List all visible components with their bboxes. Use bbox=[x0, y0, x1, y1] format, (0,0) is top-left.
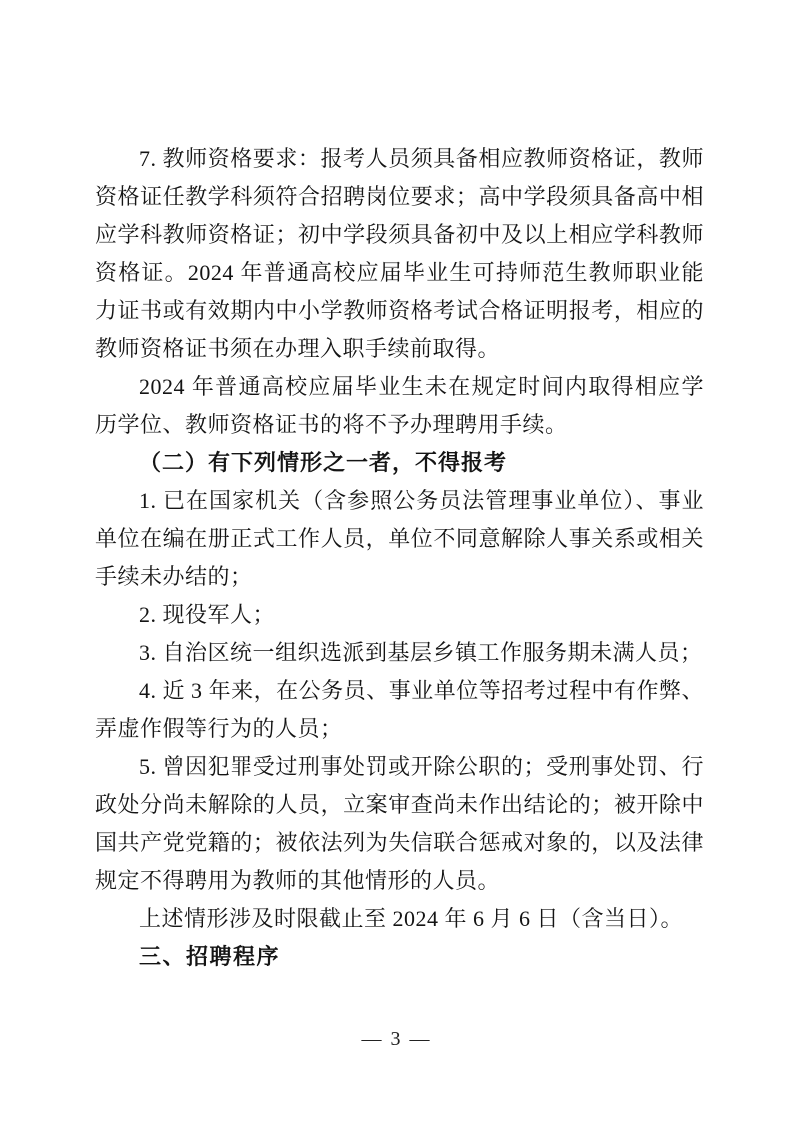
heading-section-3-recruitment-procedure: 三、招聘程序 bbox=[95, 938, 704, 976]
list-item-1-state-organ-staff: 1. 已在国家机关（含参照公务员法管理事业单位）、事业单位在编在册正式工作人员，… bbox=[95, 482, 704, 596]
paragraph-2024-graduates-deadline: 2024 年普通高校应届毕业生未在规定时间内取得相应学历学位、教师资格证书的将不… bbox=[95, 368, 704, 444]
list-item-3-township-service: 3. 自治区统一组织选派到基层乡镇工作服务期未满人员； bbox=[95, 634, 704, 672]
document-page: 7. 教师资格要求：报考人员须具备相应教师资格证，教师资格证任教学科须符合招聘岗… bbox=[0, 0, 793, 1122]
page-number: — 3 — bbox=[362, 1028, 432, 1050]
heading-section-2-disqualifications: （二）有下列情形之一者，不得报考 bbox=[95, 444, 704, 482]
list-item-5-criminal-punishment: 5. 曾因犯罪受过刑事处罚或开除公职的；受刑事处罚、行政处分尚未解除的人员，立案… bbox=[95, 748, 704, 900]
page-footer: — 3 — bbox=[0, 1024, 793, 1054]
list-item-4-exam-cheating: 4. 近 3 年来，在公务员、事业单位等招考过程中有作弊、弄虚作假等行为的人员； bbox=[95, 672, 704, 748]
list-item-2-active-military: 2. 现役军人； bbox=[95, 596, 704, 634]
document-body: 7. 教师资格要求：报考人员须具备相应教师资格证，教师资格证任教学科须符合招聘岗… bbox=[95, 140, 704, 976]
paragraph-teacher-certificate-requirement: 7. 教师资格要求：报考人员须具备相应教师资格证，教师资格证任教学科须符合招聘岗… bbox=[95, 140, 704, 368]
paragraph-deadline-date: 上述情形涉及时限截止至 2024 年 6 月 6 日（含当日）。 bbox=[95, 900, 704, 938]
